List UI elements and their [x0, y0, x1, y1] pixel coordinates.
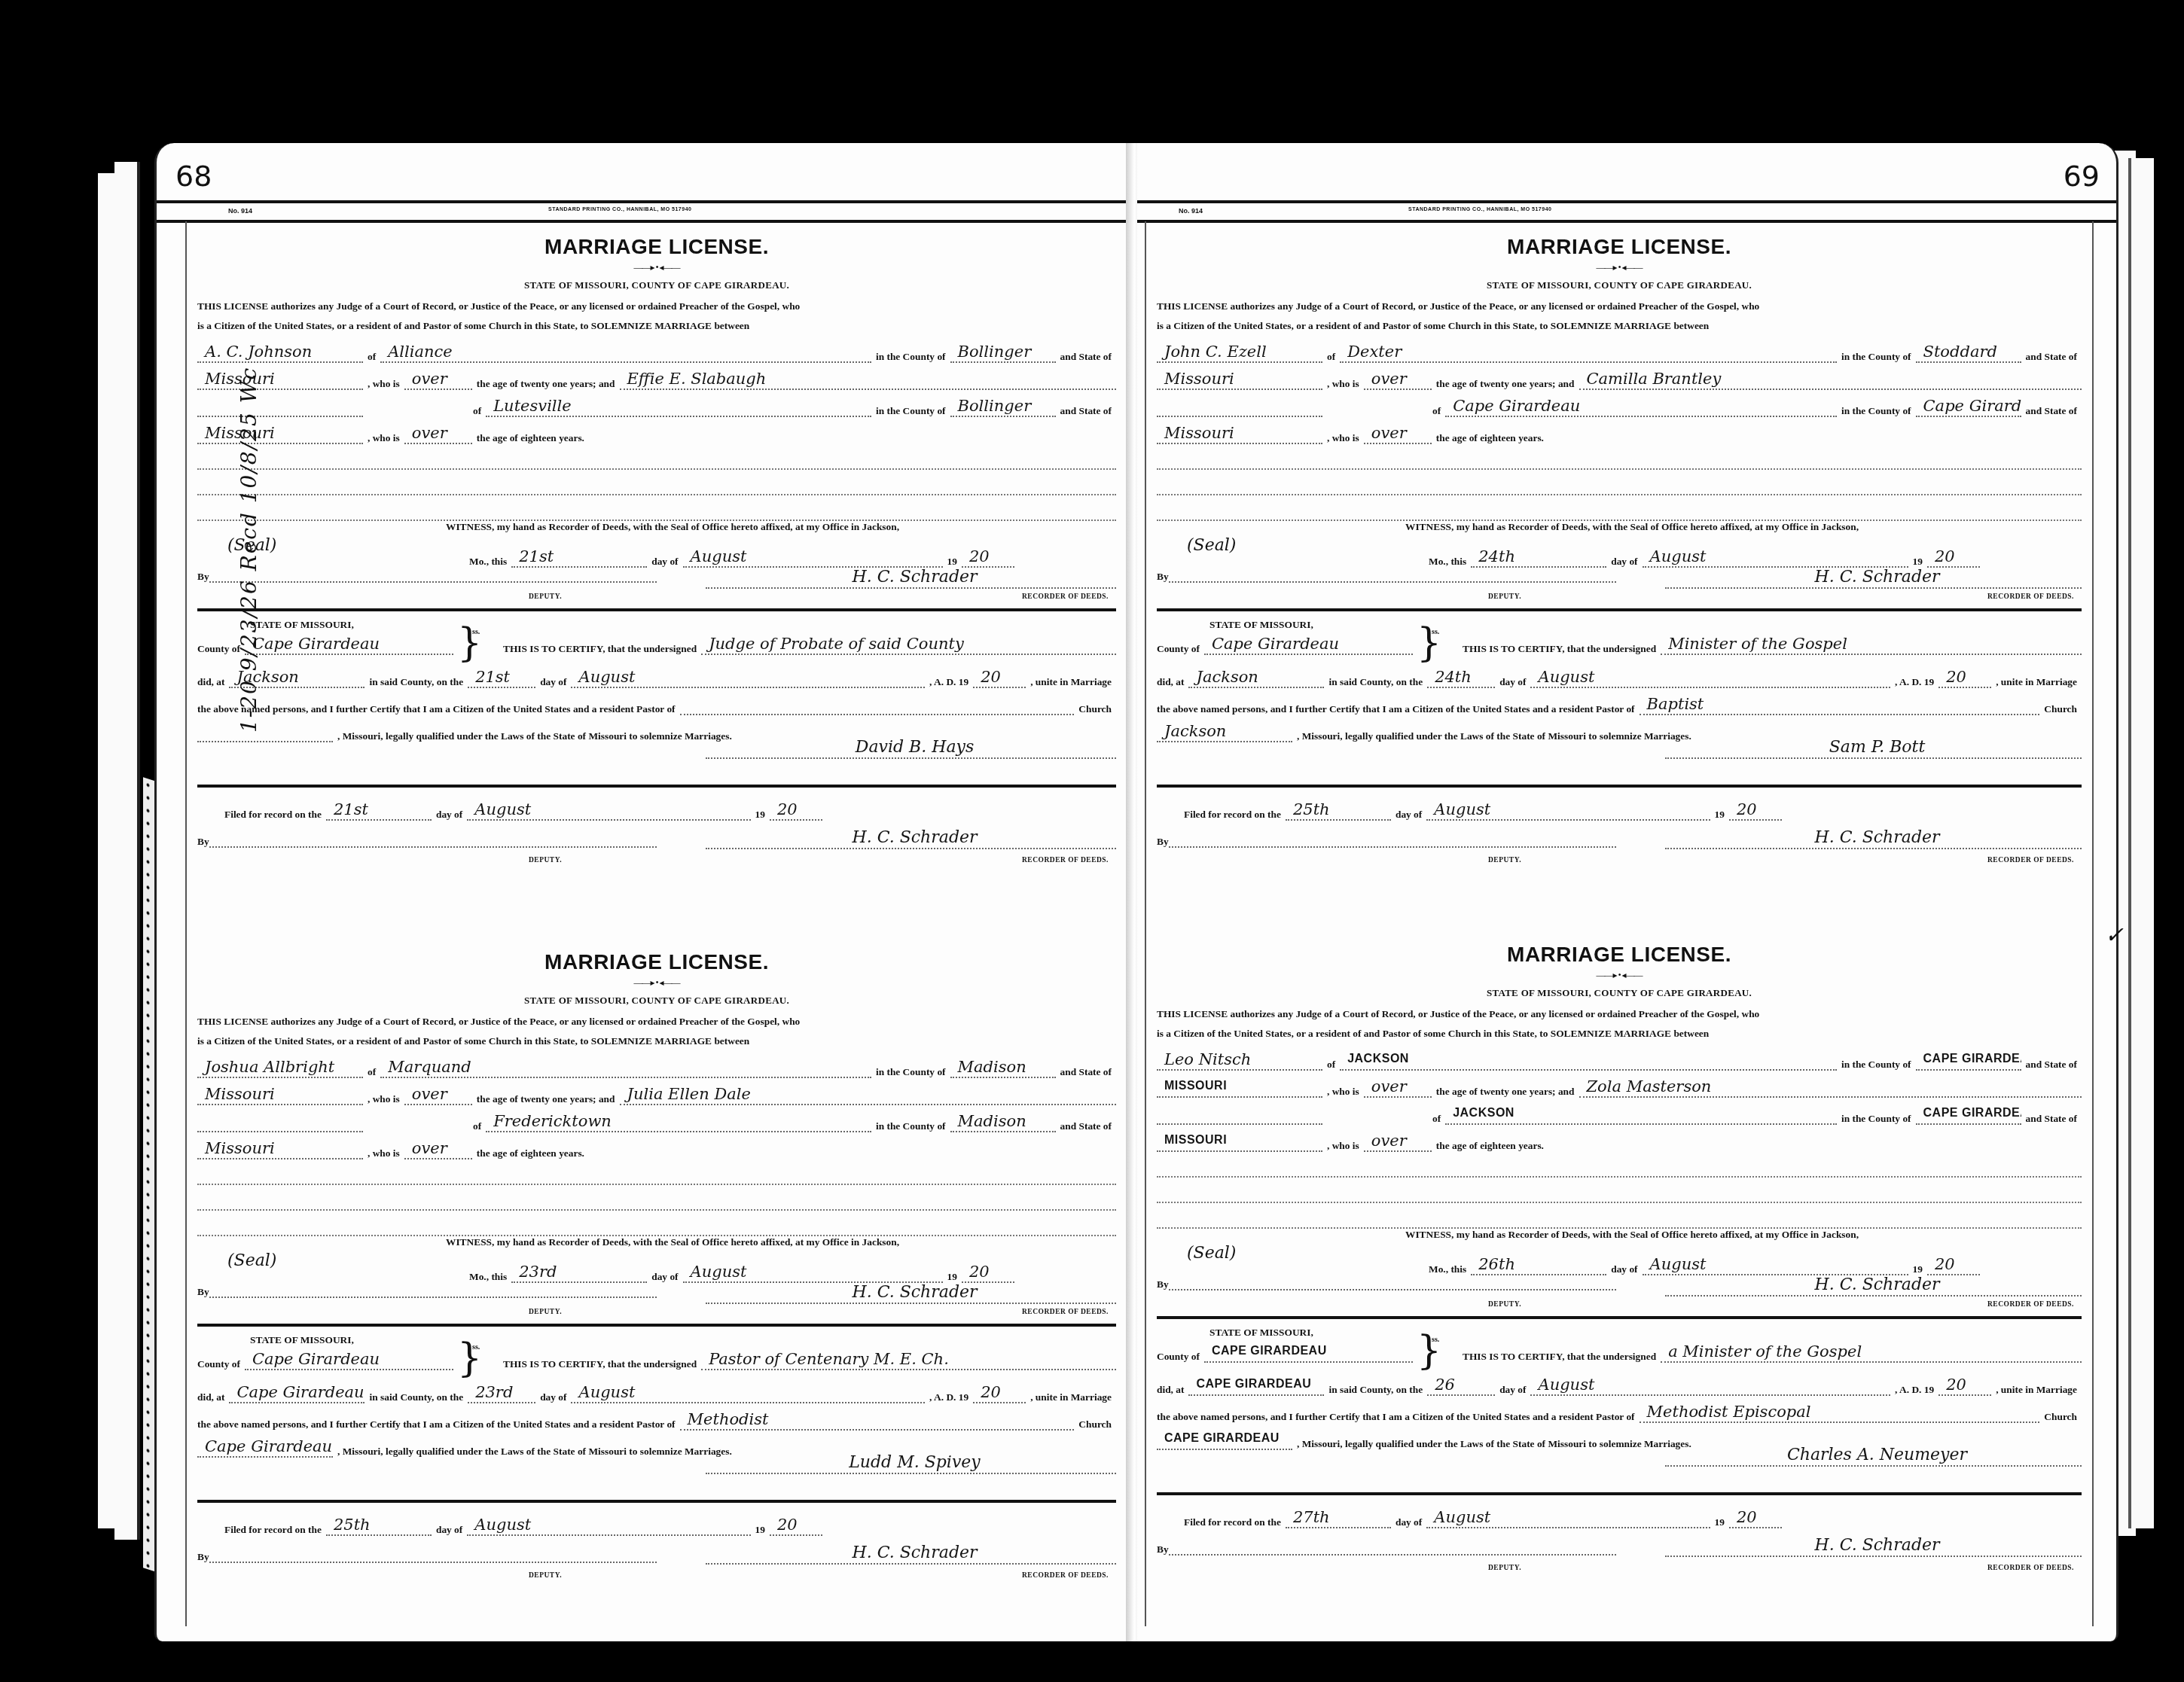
license-title: MARRIAGE LICENSE. [197, 950, 1116, 976]
certificate-block: STATE OF MISSOURI, County of Cape Girard… [197, 617, 1116, 768]
filed-month-field[interactable]: August [467, 800, 750, 821]
state-county-heading: STATE OF MISSOURI, COUNTY OF CAPE GIRARD… [197, 989, 1116, 1012]
page-68: 68 No. 914 STANDARD PRINTING CO., HANNIB… [154, 143, 1136, 1641]
church-town-field[interactable]: CAPE GIRARDEAU [1157, 1429, 1292, 1450]
groom-age-field[interactable]: over [1364, 1077, 1432, 1098]
filed-block: Filed for record on the 27th day of Augu… [1157, 1501, 2082, 1571]
filed-day-field[interactable]: 25th [326, 1515, 432, 1536]
officiant-title-field[interactable]: Judge of Probate of said County [701, 634, 1116, 655]
deputy-field[interactable] [1169, 571, 1616, 583]
filed-deputy-field[interactable] [209, 836, 657, 848]
groom-state-field[interactable]: Missouri [197, 369, 363, 390]
bride-town-field[interactable]: Lutesville [486, 396, 871, 417]
bride-age-field[interactable]: over [1364, 423, 1432, 444]
groom-town-field[interactable]: Alliance [380, 342, 871, 363]
groom-county-field[interactable]: Madison [950, 1057, 1056, 1078]
issue-signature-row: By H. C. Schrader DEPUTY. RECORDER OF DE… [1157, 1275, 2082, 1310]
groom-row: Joshua Allbright of Marquand in the Coun… [197, 1051, 1116, 1078]
church-town-field[interactable]: Jackson [1157, 721, 1292, 742]
ceremony-row: did, at CAPE GIRARDEAU in said County, o… [1157, 1369, 2082, 1396]
issue-date-row: Mo., this 26th day of August 19 20 [1424, 1248, 1980, 1275]
bride-name-field[interactable]: Julia Ellen Dale [620, 1084, 1116, 1105]
witness-block: (Seal) WITNESS, my hand as Recorder of D… [197, 1236, 1116, 1318]
bride-town-field[interactable]: Fredericktown [486, 1111, 871, 1132]
ceremony-day-field[interactable]: 26 [1427, 1375, 1495, 1396]
filed-day-field[interactable]: 21st [326, 800, 432, 821]
certificate-block: STATE OF MISSOURI, County of Cape Girard… [197, 1333, 1116, 1483]
witness-text: WITNESS, my hand as Recorder of Deeds, w… [446, 521, 1116, 533]
authorization-line-1: THIS LICENSE authorizes any Judge of a C… [197, 1012, 1116, 1031]
page-frame: MARRIAGE LICENSE. ——▸ • ◂—— STATE OF MIS… [185, 221, 1128, 1626]
filed-date-row: Filed for record on the 25th day of Augu… [1157, 794, 1782, 821]
authorization-line-2: is a Citizen of the United States, or a … [1157, 1024, 2082, 1044]
issue-signature-row: By H. C. Schrader DEPUTY. RECORDER OF DE… [1157, 568, 2082, 602]
blank-line[interactable] [1157, 495, 2082, 521]
issue-month-field[interactable]: August [683, 1262, 943, 1283]
page-number: 69 [2064, 160, 2100, 193]
ceremony-row: did, at Jackson in said County, on the 2… [197, 661, 1116, 688]
ceremony-day-field[interactable]: 21st [468, 667, 535, 688]
form-header: No. 914 STANDARD PRINTING CO., HANNIBAL,… [1137, 200, 2116, 223]
filed-year-field[interactable]: 20 [1729, 800, 1782, 821]
section-rule [197, 1500, 1116, 1503]
filed-recorder-signature[interactable]: H. C. Schrader [706, 828, 1116, 849]
pastor-row: the above named persons, and I further C… [197, 1403, 1116, 1431]
state-county-heading: STATE OF MISSOURI, COUNTY OF CAPE GIRARD… [1157, 982, 2082, 1004]
groom-age-field[interactable]: over [404, 369, 472, 390]
filed-block: Filed for record on the 25th day of Augu… [197, 1509, 1116, 1578]
officiant-signature[interactable]: David B. Hays [706, 738, 1116, 759]
groom-state-row: Missouri , who is over the age of twenty… [197, 1078, 1116, 1105]
officiant-title-field[interactable]: Minister of the Gospel [1661, 634, 2082, 655]
page-number: 68 [175, 160, 212, 193]
groom-town-field[interactable]: Marquand [380, 1057, 871, 1078]
blank-line[interactable] [197, 1159, 1116, 1185]
officiant-title-field[interactable]: Pastor of Centenary M. E. Ch. [701, 1349, 1116, 1370]
ceremony-row: did, at Cape Girardeau in said County, o… [197, 1376, 1116, 1403]
issue-signature-row: By H. C. Schrader DEPUTY. RECORDER OF DE… [197, 1283, 1116, 1318]
cert-county-field[interactable]: Cape Girardeau [1204, 634, 1413, 655]
form-header: No. 914 STANDARD PRINTING CO., HANNIBAL,… [157, 200, 1136, 223]
section-rule [197, 785, 1116, 788]
blank-line[interactable] [1157, 1178, 2082, 1203]
ceremony-row: did, at Jackson in said County, on the 2… [1157, 661, 2082, 688]
bride-state-field[interactable]: Missouri [197, 1138, 363, 1159]
groom-county-field[interactable]: Stoddard [1916, 342, 2021, 363]
ornament-divider: ——▸ • ◂—— [1157, 261, 2082, 274]
issue-year-field[interactable]: 20 [1927, 1254, 1980, 1275]
bride-extra-field[interactable] [197, 416, 363, 417]
groom-name-field[interactable]: Leo Nitsch [1157, 1050, 1322, 1071]
bride-row: of Lutesville in the County of Bollinger… [197, 390, 1116, 417]
section-rule [197, 608, 1116, 611]
issue-date-row: Mo., this 23rd day of August 19 20 [465, 1256, 1014, 1283]
filed-year-field[interactable]: 20 [770, 1515, 822, 1536]
recorder-signature[interactable]: H. C. Schrader [1665, 568, 2082, 589]
ceremony-month-field[interactable]: August [1530, 667, 1890, 688]
issue-year-field[interactable]: 20 [962, 547, 1014, 568]
deputy-field[interactable] [209, 571, 657, 583]
margin-annotation: 1-20 9/23/26 Recd 10/8/25 Wc [226, 339, 271, 760]
church-town-field[interactable]: Cape Girardeau [197, 1437, 333, 1458]
groom-row: John C. Ezell of Dexter in the County of… [1157, 336, 2082, 363]
bride-name-field[interactable]: Effie E. Slabaugh [620, 369, 1116, 390]
witness-block: (Seal) WITNESS, my hand as Recorder of D… [1157, 521, 2082, 602]
bride-town-field[interactable]: JACKSON [1445, 1104, 1837, 1125]
open-register-book: 68 No. 914 STANDARD PRINTING CO., HANNIB… [113, 143, 2116, 1641]
bride-town-field[interactable]: Cape Girardeau [1445, 396, 1837, 417]
issue-day-field[interactable]: 21st [511, 547, 647, 568]
bride-name-field[interactable]: Zola Masterson [1579, 1077, 2082, 1098]
deputy-field[interactable] [1169, 1278, 1616, 1290]
filed-deputy-field[interactable] [209, 1551, 657, 1563]
groom-state-row: Missouri , who is over the age of twenty… [1157, 363, 2082, 390]
deputy-field[interactable] [209, 1286, 657, 1298]
filed-block: Filed for record on the 25th day of Augu… [1157, 794, 2082, 863]
ceremony-year-field[interactable]: 20 [1938, 1375, 1991, 1396]
filed-year-field[interactable]: 20 [770, 800, 822, 821]
issue-day-field[interactable]: 26th [1471, 1254, 1606, 1275]
ceremony-place-field[interactable]: CAPE GIRARDEAU [1188, 1375, 1324, 1396]
bride-state-row: Missouri , who is over the age of eighte… [1157, 417, 2082, 444]
ceremony-place-field[interactable]: Cape Girardeau [229, 1382, 365, 1403]
issue-date-row: Mo., this 24th day of August 19 20 [1424, 541, 1980, 568]
cert-county-field[interactable]: CAPE GIRARDEAU [1204, 1342, 1413, 1363]
filed-date-row: Filed for record on the 27th day of Augu… [1157, 1501, 1782, 1528]
license-title: MARRIAGE LICENSE. [1157, 235, 2082, 261]
filed-deputy-field[interactable] [1169, 836, 1616, 848]
section-rule [1157, 1316, 2082, 1319]
bride-county-field[interactable]: Madison [950, 1111, 1056, 1132]
state-county-heading: STATE OF MISSOURI, COUNTY OF CAPE GIRARD… [1157, 274, 2082, 297]
ceremony-day-field[interactable]: 24th [1427, 667, 1495, 688]
ceremony-month-field[interactable]: August [571, 1382, 925, 1403]
bride-extra-field[interactable] [1157, 1123, 1322, 1125]
groom-row: Leo Nitsch of JACKSON in the County of C… [1157, 1044, 2082, 1071]
issue-month-field[interactable]: August [683, 547, 943, 568]
authorization-line-2: is a Citizen of the United States, or a … [197, 1031, 1116, 1051]
groom-age-field[interactable]: over [1364, 369, 1432, 390]
filed-recorder-signature[interactable]: H. C. Schrader [1665, 1536, 2082, 1557]
license-title: MARRIAGE LICENSE. [1157, 943, 2082, 968]
groom-name-field[interactable]: John C. Ezell [1157, 342, 1322, 363]
cert-county-field[interactable]: Cape Girardeau [245, 1349, 453, 1370]
filed-day-field[interactable]: 27th [1286, 1507, 1391, 1528]
officiant-signature[interactable]: Charles A. Neumeyer [1665, 1446, 2082, 1467]
groom-state-field[interactable]: Missouri [197, 1084, 363, 1105]
authorization-line-1: THIS LICENSE authorizes any Judge of a C… [197, 297, 1116, 316]
bride-state-row: MISSOURI , who is over the age of eighte… [1157, 1125, 2082, 1152]
filed-month-field[interactable]: August [1426, 1507, 1710, 1528]
page-frame: MARRIAGE LICENSE. ——▸ • ◂—— STATE OF MIS… [1145, 221, 2094, 1626]
issue-year-field[interactable]: 20 [1927, 547, 1980, 568]
filed-recorder-signature[interactable]: H. C. Schrader [1665, 828, 2082, 849]
issue-day-field[interactable]: 23rd [511, 1262, 647, 1283]
marriage-license: MARRIAGE LICENSE. ——▸ • ◂—— STATE OF MIS… [187, 950, 1127, 1578]
witness-text: WITNESS, my hand as Recorder of Deeds, w… [446, 1236, 1116, 1248]
recorder-signature[interactable]: H. C. Schrader [1665, 1275, 2082, 1297]
church-field[interactable]: Methodist Episcopal [1640, 1402, 2040, 1423]
issue-day-field[interactable]: 24th [1471, 547, 1606, 568]
ceremony-year-field[interactable]: 20 [1938, 667, 1991, 688]
groom-age-field[interactable]: over [404, 1084, 472, 1105]
license-title: MARRIAGE LICENSE. [197, 235, 1116, 261]
seal-mark: (Seal) [1187, 1244, 1236, 1263]
groom-state-field[interactable]: MISSOURI [1157, 1077, 1322, 1098]
filed-year-field[interactable]: 20 [1729, 1507, 1782, 1528]
filed-block: Filed for record on the 21st day of Augu… [197, 794, 1116, 863]
filed-month-field[interactable]: August [467, 1515, 750, 1536]
marriage-license: MARRIAGE LICENSE. ——▸ • ◂—— STATE OF MIS… [1146, 235, 2092, 863]
bride-state-row: Missouri , who is over the age of eighte… [197, 417, 1116, 444]
certificate-block: STATE OF MISSOURI, County of CAPE GIRARD… [1157, 1325, 2082, 1476]
church-field[interactable]: Methodist [680, 1409, 1075, 1431]
bride-row: of JACKSON in the County of CAPE GIRARDE… [1157, 1098, 2082, 1125]
issue-signature-row: By H. C. Schrader DEPUTY. RECORDER OF DE… [197, 568, 1116, 602]
witness-block: (Seal) WITNESS, my hand as Recorder of D… [197, 521, 1116, 602]
section-rule [1157, 1492, 2082, 1495]
page-edge [2128, 158, 2154, 1528]
groom-name-field[interactable]: Joshua Allbright [197, 1057, 363, 1078]
groom-name-field[interactable]: A. C. Johnson [197, 342, 363, 363]
filed-day-field[interactable]: 25th [1286, 800, 1391, 821]
groom-town-field[interactable]: Dexter [1340, 342, 1837, 363]
groom-state-row: MISSOURI , who is over the age of twenty… [1157, 1071, 2082, 1098]
ceremony-month-field[interactable]: August [571, 667, 925, 688]
groom-state-row: Missouri , who is over the age of twenty… [197, 363, 1116, 390]
witness-block: (Seal) WITNESS, my hand as Recorder of D… [1157, 1229, 2082, 1310]
ornament-divider: ——▸ • ◂—— [197, 261, 1116, 274]
witness-text: WITNESS, my hand as Recorder of Deeds, w… [1405, 1229, 2082, 1241]
certificate-block: STATE OF MISSOURI, County of Cape Girard… [1157, 617, 2082, 768]
filed-deputy-field[interactable] [1169, 1543, 1616, 1556]
groom-county-field[interactable]: Bollinger [950, 342, 1056, 363]
section-rule [1157, 785, 2082, 788]
ceremony-year-field[interactable]: 20 [973, 1382, 1026, 1403]
recorder-signature[interactable]: H. C. Schrader [706, 1283, 1116, 1304]
bride-county-field[interactable]: Bollinger [950, 396, 1056, 417]
church-field[interactable]: Baptist [1640, 694, 2040, 715]
section-rule [197, 1324, 1116, 1327]
ornament-divider: ——▸ • ◂—— [197, 976, 1116, 989]
bride-state-field[interactable]: MISSOURI [1157, 1131, 1322, 1152]
groom-county-field[interactable]: CAPE GIRARDEAU [1916, 1050, 2021, 1071]
seal-mark: (Seal) [227, 1251, 276, 1270]
blank-line[interactable] [1157, 1152, 2082, 1178]
blank-line[interactable] [197, 470, 1116, 495]
cert-county-field[interactable]: Cape Girardeau [245, 634, 453, 655]
groom-state-field[interactable]: Missouri [1157, 369, 1322, 390]
bride-state-field[interactable]: Missouri [197, 423, 363, 444]
bride-age-field[interactable]: over [404, 1138, 472, 1159]
ornament-divider: ——▸ • ◂—— [1157, 968, 2082, 982]
filed-recorder-signature[interactable]: H. C. Schrader [706, 1543, 1116, 1565]
pastor-row: the above named persons, and I further C… [197, 688, 1116, 715]
bride-row: of Cape Girardeau in the County of Cape … [1157, 390, 2082, 417]
issue-month-field[interactable]: August [1643, 547, 1908, 568]
section-rule [1157, 608, 2082, 611]
check-mark-icon: ✓ [2105, 922, 2124, 949]
authorization-line-1: THIS LICENSE authorizes any Judge of a C… [1157, 297, 2082, 316]
page-69: 69 No. 914 STANDARD PRINTING CO., HANNIB… [1137, 143, 2118, 1641]
issue-month-field[interactable]: August [1643, 1254, 1908, 1275]
seal-mark: (Seal) [1187, 536, 1236, 555]
bride-age-field[interactable]: over [404, 423, 472, 444]
ceremony-place-field[interactable]: Jackson [1188, 667, 1324, 688]
ceremony-year-field[interactable]: 20 [973, 667, 1026, 688]
bride-extra-field[interactable] [197, 1131, 363, 1132]
blank-line[interactable] [1157, 1203, 2082, 1229]
bride-age-field[interactable]: over [1364, 1131, 1432, 1152]
officiant-signature[interactable]: Sam P. Bott [1665, 738, 2082, 759]
blank-line[interactable] [197, 1211, 1116, 1236]
recorder-signature[interactable]: H. C. Schrader [706, 568, 1116, 589]
authorization-line-2: is a Citizen of the United States, or a … [197, 316, 1116, 336]
ceremony-day-field[interactable]: 23rd [468, 1382, 535, 1403]
bride-state-row: Missouri , who is over the age of eighte… [197, 1132, 1116, 1159]
bride-state-field[interactable]: Missouri [1157, 423, 1322, 444]
blank-line[interactable] [197, 444, 1116, 470]
issue-date-row: Mo., this 21st day of August 19 20 [465, 541, 1014, 568]
pastor-row: the above named persons, and I further C… [1157, 1396, 2082, 1423]
bride-row: of Fredericktown in the County of Madiso… [197, 1105, 1116, 1132]
bride-name-field[interactable]: Camilla Brantley [1579, 369, 2082, 390]
witness-text: WITNESS, my hand as Recorder of Deeds, w… [1405, 521, 2082, 533]
officiant-title-field[interactable]: a Minister of the Gospel [1661, 1342, 2082, 1363]
filed-date-row: Filed for record on the 21st day of Augu… [197, 794, 822, 821]
blank-line[interactable] [1157, 470, 2082, 495]
blank-line[interactable] [197, 495, 1116, 521]
state-county-heading: STATE OF MISSOURI, COUNTY OF CAPE GIRARD… [197, 274, 1116, 297]
blank-line[interactable] [197, 1185, 1116, 1211]
groom-row: A. C. Johnson of Alliance in the County … [197, 336, 1116, 363]
filed-date-row: Filed for record on the 25th day of Augu… [197, 1509, 822, 1536]
pastor-row: the above named persons, and I further C… [1157, 688, 2082, 715]
officiant-signature[interactable]: Ludd M. Spivey [706, 1453, 1116, 1474]
groom-town-field[interactable]: JACKSON [1340, 1050, 1837, 1071]
bride-extra-field[interactable] [1157, 416, 1322, 417]
authorization-line-2: is a Citizen of the United States, or a … [1157, 316, 2082, 336]
ceremony-month-field[interactable]: August [1530, 1375, 1890, 1396]
filed-month-field[interactable]: August [1426, 800, 1710, 821]
marriage-license: MARRIAGE LICENSE. ——▸ • ◂—— STATE OF MIS… [1146, 943, 2092, 1571]
bride-county-field[interactable]: CAPE GIRARDEAU [1916, 1104, 2021, 1125]
bride-county-field[interactable]: Cape Girardeau [1916, 396, 2021, 417]
blank-line[interactable] [1157, 444, 2082, 470]
authorization-line-1: THIS LICENSE authorizes any Judge of a C… [1157, 1004, 2082, 1024]
issue-year-field[interactable]: 20 [962, 1262, 1014, 1283]
page-edge [114, 162, 140, 1540]
marriage-license: MARRIAGE LICENSE. ——▸ • ◂—— STATE OF MIS… [187, 235, 1127, 863]
